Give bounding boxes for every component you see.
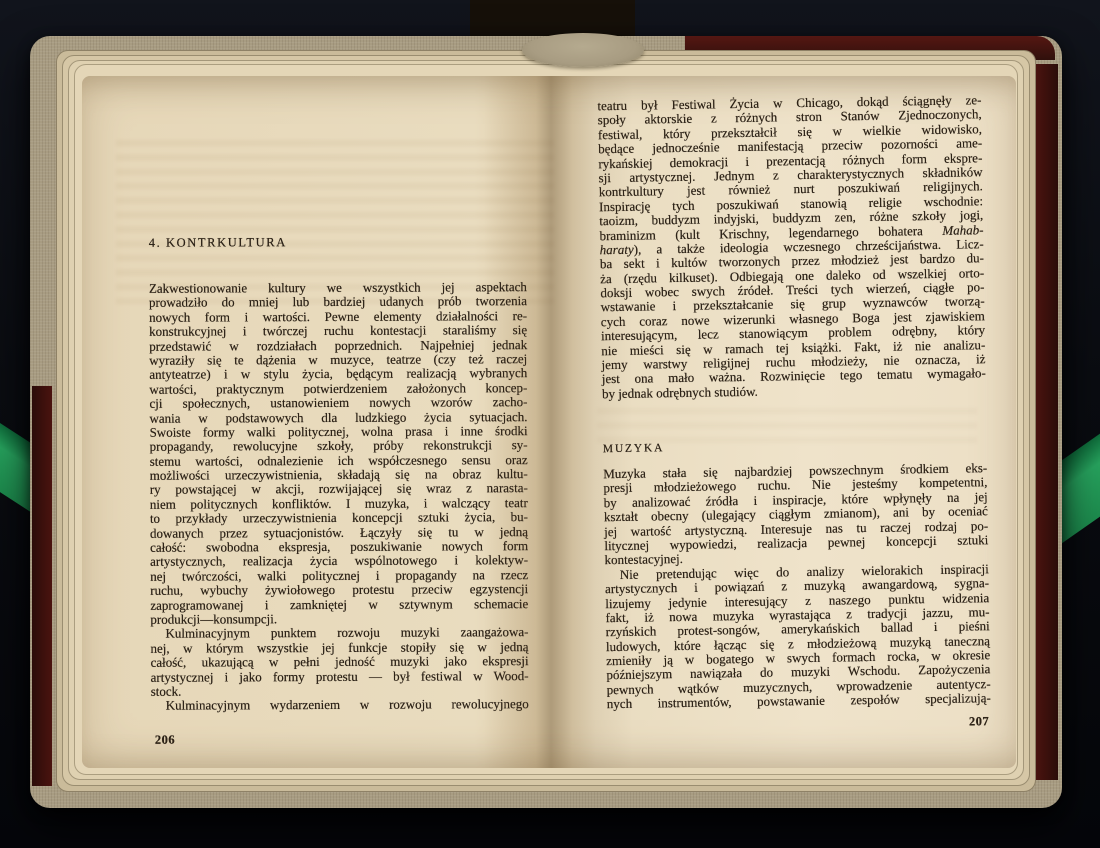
cover-maroon-right-edge — [1036, 64, 1058, 780]
page-number-left: 206 — [155, 733, 175, 748]
text-line: artystycznej i jako formy protestu — był… — [151, 669, 529, 685]
open-page-spread: 4. KONTRKULTURA Zakwestionowanie kultury… — [82, 76, 1016, 768]
left-page: 4. KONTRKULTURA Zakwestionowanie kultury… — [82, 76, 1016, 78]
text-line: Kulminacyjnym wydarzeniem w rozwoju rewo… — [151, 697, 529, 713]
text-line: zaprogramowanej i zamkniętej w sztywnym … — [150, 597, 528, 613]
spine-fabric-bump — [522, 33, 644, 67]
right-page-top-body: teatru był Festiwal Życia w Chicago, dok… — [597, 93, 986, 401]
photo-background: { "scene": { "colors": { "background": "… — [0, 0, 1100, 848]
section-heading-kontrkultura: 4. KONTRKULTURA — [149, 235, 287, 251]
left-page-body: Zakwestionowanie kultury we wszystkich j… — [149, 280, 529, 713]
section-heading-muzyka: MUZYKA — [603, 442, 664, 455]
right-page-muzyka-body: Muzyka stała się najbardziej powszechnym… — [603, 461, 991, 712]
cover-maroon-left-edge — [32, 386, 52, 786]
open-book: 4. KONTRKULTURA Zakwestionowanie kultury… — [30, 36, 1062, 808]
right-page: teatru był Festiwal Życia w Chicago, dok… — [82, 76, 1016, 83]
page-number-right: 207 — [607, 714, 989, 735]
show-through-text-right — [597, 408, 977, 444]
